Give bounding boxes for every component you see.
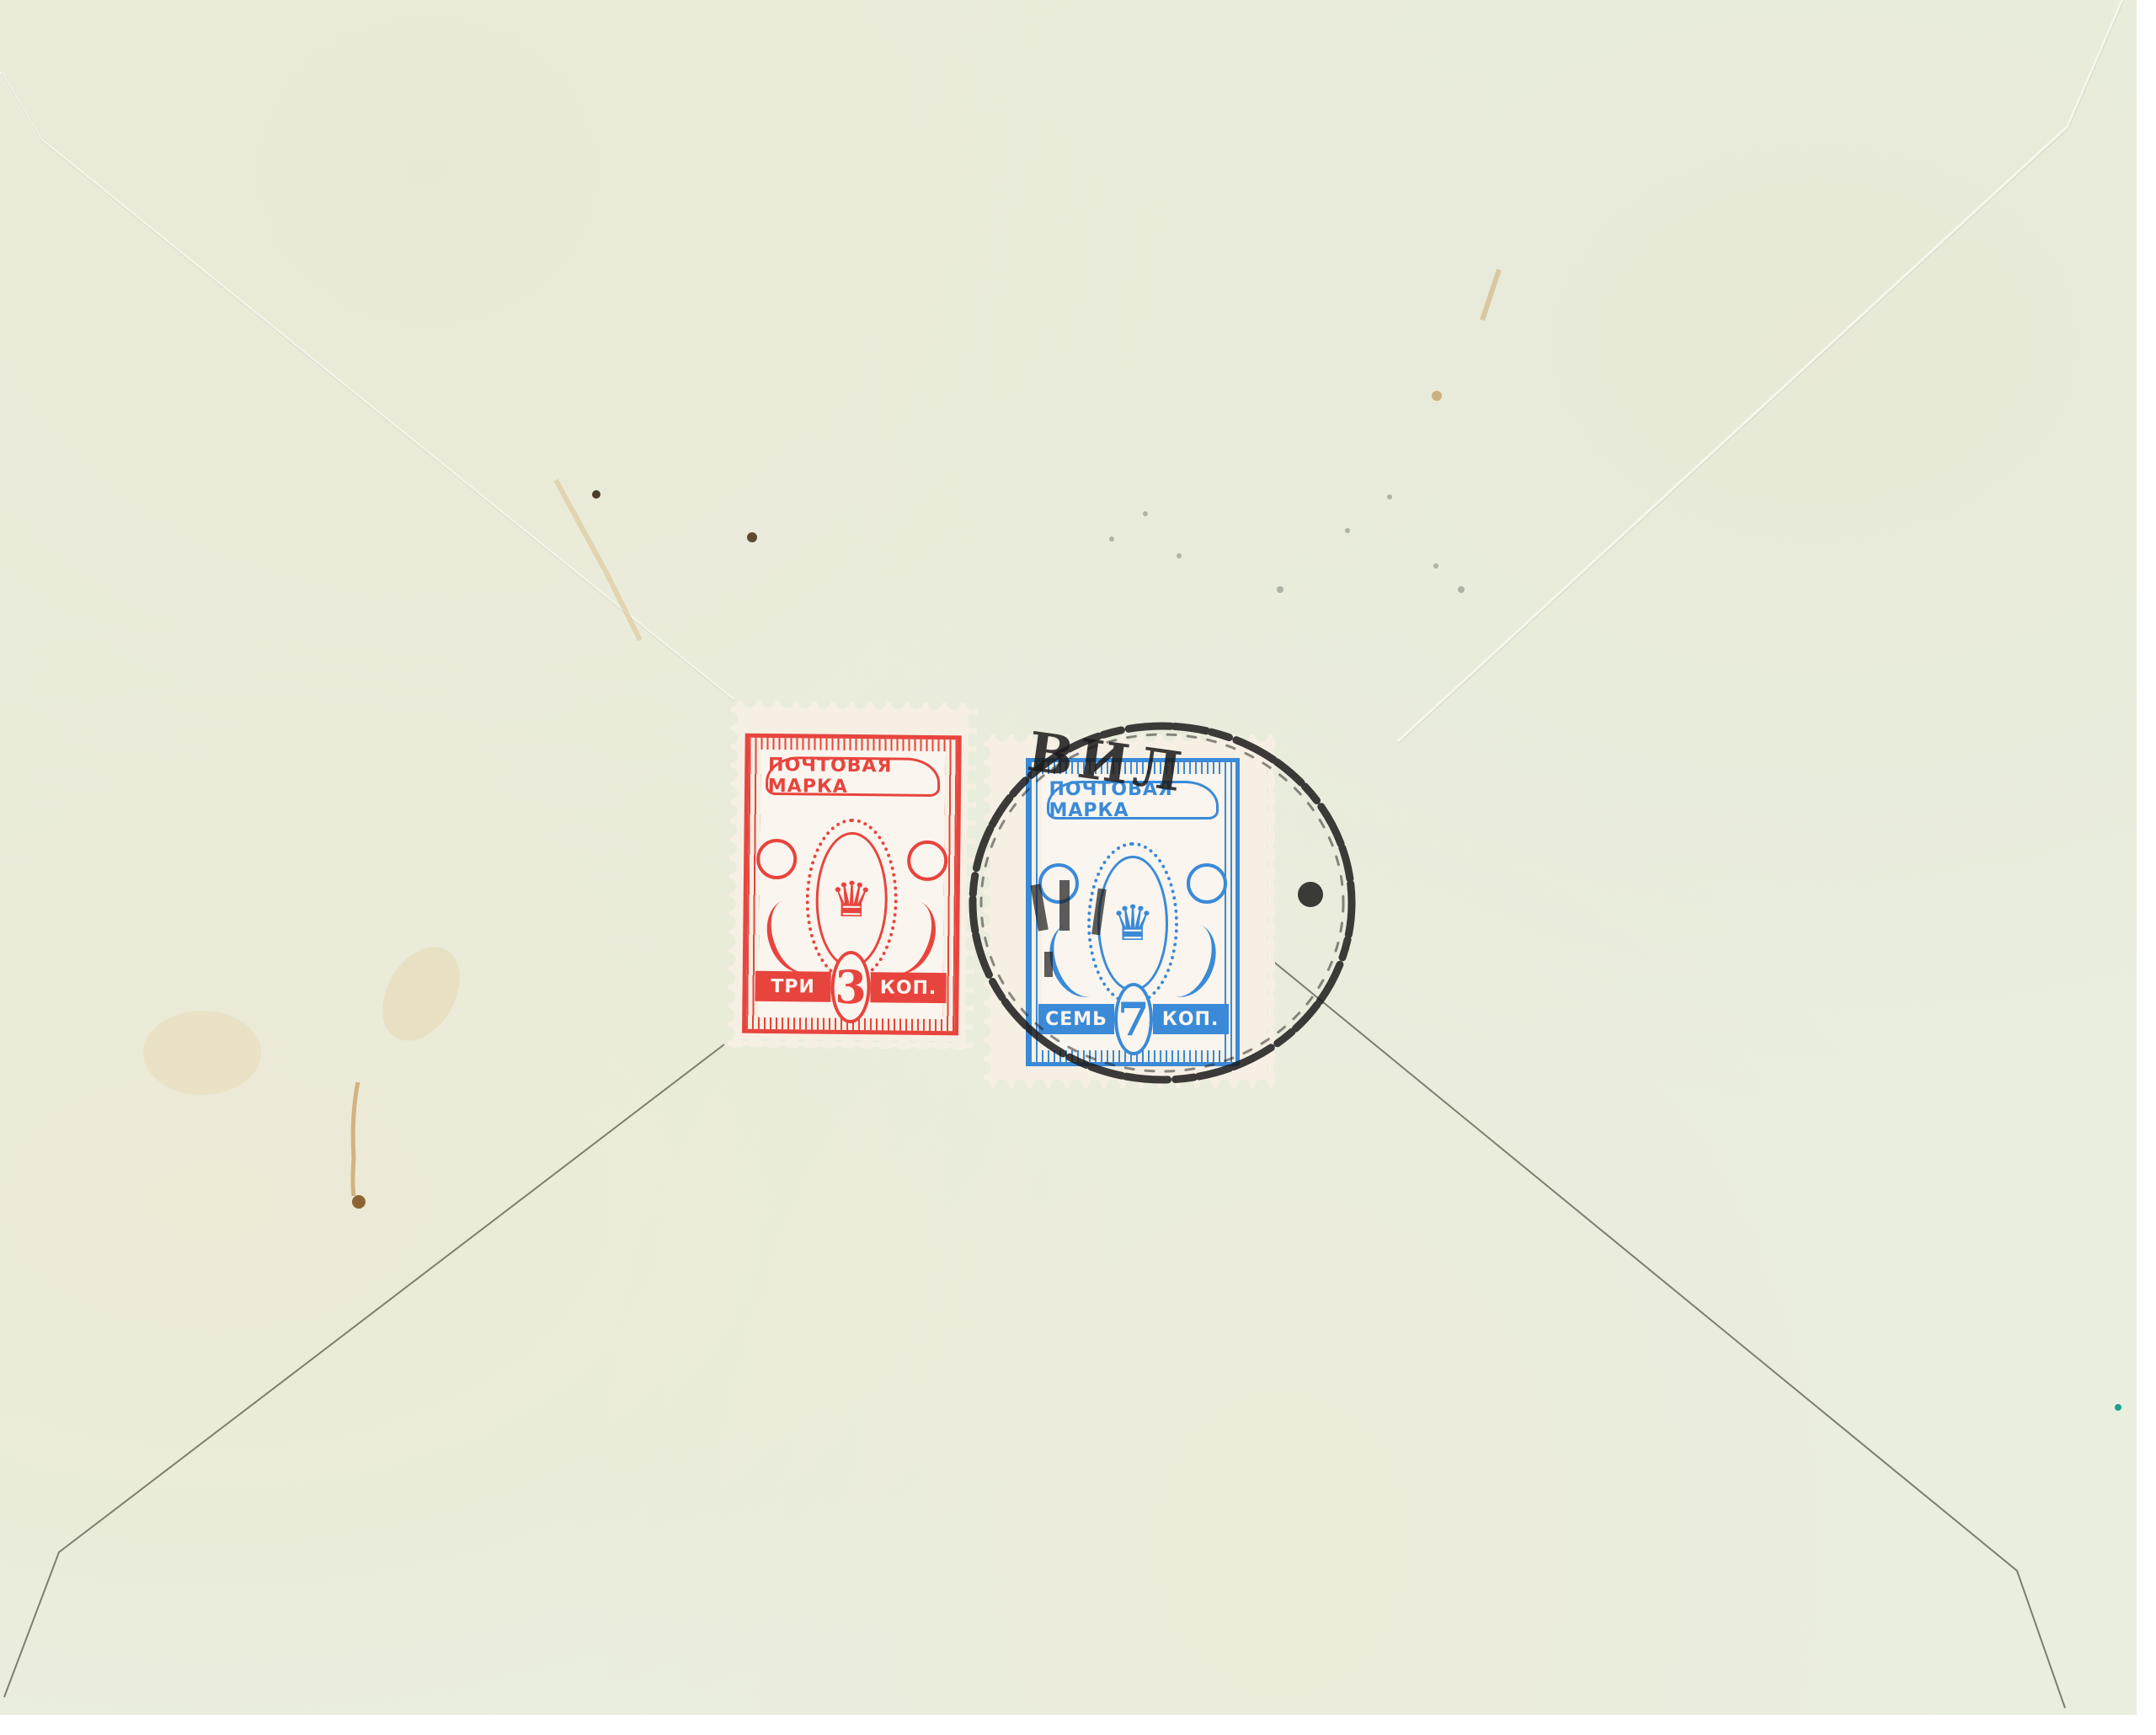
currency-label: КОП.	[880, 977, 937, 999]
emblem-oval: ♛	[1087, 842, 1177, 1005]
currency-label: КОП.	[1162, 1009, 1219, 1030]
double-headed-eagle-icon: ♛	[830, 875, 874, 925]
value-word: ТРИ	[771, 975, 815, 997]
stamp-banner: ПОЧТОВАЯ МАРКА	[766, 756, 941, 797]
denomination-numeral: 7	[1114, 983, 1153, 1055]
stamp-frame: ПОЧТОВАЯ МАРКА ♛ ТРИ 3 КОП.	[742, 734, 962, 1036]
denomination-numeral: 3	[830, 951, 871, 1023]
ghost-postmark	[1109, 494, 1465, 593]
stamp-frame: ПОЧТОВАЯ МАРКА ♛ СЕМЬ 7 КОП.	[1026, 758, 1240, 1066]
double-headed-eagle-icon: ♛	[1111, 899, 1155, 948]
red-stamp: ПОЧТОВАЯ МАРКА ♛ ТРИ 3 КОП.	[728, 700, 977, 1049]
value-word: СЕМЬ	[1045, 1009, 1107, 1030]
